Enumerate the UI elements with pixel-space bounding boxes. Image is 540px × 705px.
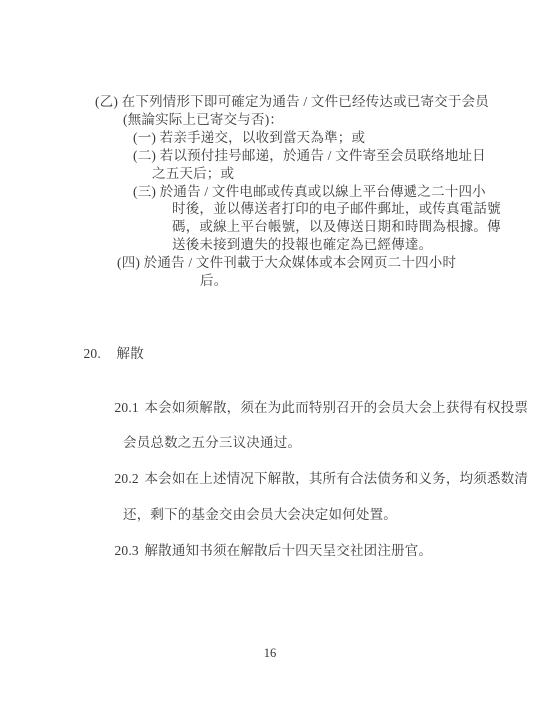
clause-20-3-text: 解散通知书须在解散后十四天呈交社团注册官。: [144, 543, 432, 558]
section-20-number: 20.: [83, 345, 116, 363]
doc-line-item-3-2: 时後，並以傳送者打印的电子邮件郵址，或传真電話號: [0, 200, 540, 218]
doc-line-item-3: (三) 於通告 / 文件电邮或传真或以線上平台傳遞之二十四小: [0, 183, 540, 201]
clause-20-1-line-1: 20.1本会如须解散，须在为此而特别召开的会员大会上获得有权投票: [0, 381, 540, 435]
doc-line-item-3-4: 送後未接到遺失的投報也確定為已經傳達。: [0, 236, 540, 254]
section-20-block: 20.解散 20.1本会如须解散，须在为此而特别召开的会员大会上获得有权投票 会…: [0, 327, 540, 578]
doc-line-item-1: (一) 若亲手递交，以收到當天為準；或: [0, 129, 540, 147]
clause-20-2-line-1: 20.2本会如在上述情况下解散，其所有合法债务和义务，均须悉数清: [0, 452, 540, 506]
section-20-heading: 20.解散: [0, 327, 540, 381]
clause-20-1-line-2: 会员总数之五分三议决通过。: [0, 434, 540, 452]
clause-20-2-text: 本会如在上述情况下解散，其所有合法债务和义务，均须悉数清: [144, 471, 528, 486]
section-20-title: 解散: [116, 346, 143, 361]
clause-20-1-text: 本会如须解散，须在为此而特别召开的会员大会上获得有权投票: [144, 400, 528, 415]
clause-20-3-number: 20.3: [114, 542, 144, 560]
document-page: (乙) 在下列情形下即可確定为通告 / 文件已经传达或已寄交于会员 (無論实际上…: [0, 0, 540, 705]
clause-20-2-number: 20.2: [114, 470, 144, 488]
clause-20-2-line-2: 还，剩下的基金交由会员大会决定如何处置。: [0, 506, 540, 524]
doc-line-clause-b: (乙) 在下列情形下即可確定为通告 / 文件已经传达或已寄交于会员: [0, 93, 540, 111]
doc-line-clause-b-2: (無論实际上已寄交与否)：: [0, 111, 540, 129]
clause-20-1-number: 20.1: [114, 399, 144, 417]
clause-20-3-line-1: 20.3解散通知书须在解散后十四天呈交社团注册官。: [0, 524, 540, 578]
doc-line-item-2: (二) 若以预付挂号邮递，於通告 / 文件寄至会员联络地址日: [0, 147, 540, 165]
doc-line-item-3-3: 碼，或線上平台帳號，以及傳送日期和時間為根據。傳: [0, 218, 540, 236]
page-number: 16: [0, 646, 540, 661]
doc-line-item-2-2: 之五天后；或: [0, 165, 540, 183]
clause-b-block: (乙) 在下列情形下即可確定为通告 / 文件已经传达或已寄交于会员 (無論实际上…: [0, 93, 540, 290]
doc-line-item-4: (四) 於通告 / 文件刊載于大众媒体或本会网页二十四小时: [0, 254, 540, 272]
doc-line-item-4-2: 后。: [0, 272, 540, 290]
